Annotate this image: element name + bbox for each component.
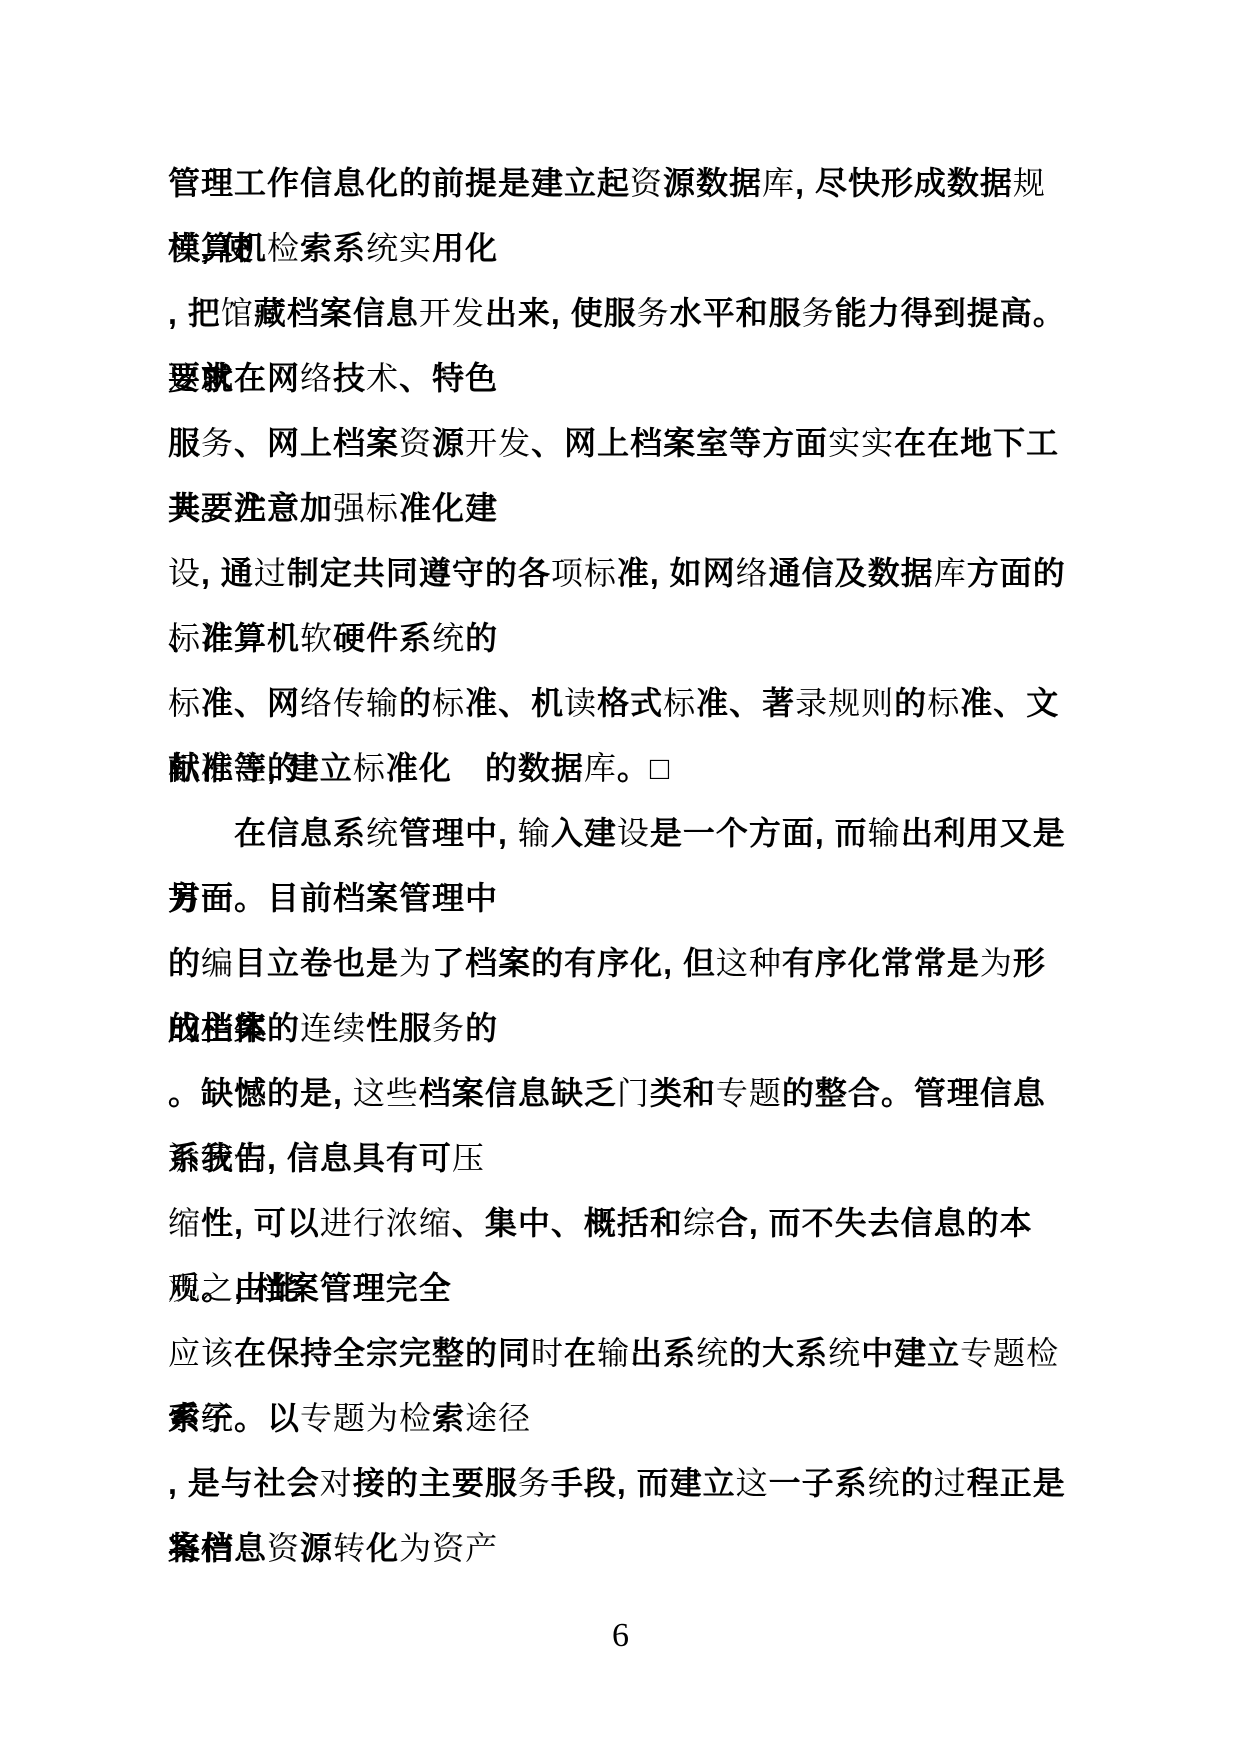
document-page: 管理工作信息化的前提是建立起资源数据库, 尽快形成数据规模, 使计算机检索系统实… <box>0 0 1241 1754</box>
text-segment: 输 <box>597 1335 630 1371</box>
text-segment: 中建立 <box>861 1335 960 1371</box>
text-segment: 的 <box>168 945 201 981</box>
text-segment: 这种 <box>716 945 782 981</box>
text-segment: 观之 <box>168 1270 234 1306</box>
text-segment: 馆 <box>221 295 254 331</box>
text-line: , 把馆藏档案信息开发出来, 使服务水平和服务能力得到提高。这就 <box>168 281 1078 346</box>
text-line: 应该在保持全宗完整的同时在输出系统的大系统中建立专题检索子 <box>168 1321 1078 1386</box>
text-line: 缩性, 可以进行浓缩、集中、概括和综合, 而不失去信息的本质。由此 <box>168 1191 1078 1256</box>
text-segment: , 是与社会 <box>168 1465 320 1501</box>
text-segment: 强标 <box>333 490 399 526</box>
text-segment: 在保持全宗完整的同 <box>234 1335 531 1371</box>
text-segment: 门 <box>617 1075 650 1111</box>
text-segment: , 把 <box>168 295 221 331</box>
text-segment: 进行浓缩 <box>320 1205 452 1241</box>
text-segment: 规 <box>1013 165 1046 201</box>
text-segment: 务 <box>432 1010 465 1046</box>
text-line: 诉我们, 信息具有可压 <box>168 1126 1078 1191</box>
text-segment: 标 <box>353 750 386 786</box>
text-segment: 类和 <box>650 1075 716 1111</box>
text-segment: 转 <box>333 1530 366 1566</box>
text-segment: 时 <box>531 1335 564 1371</box>
text-line: 。缺憾的是, 这些档案信息缺乏门类和专题的整合。管理信息系统告 <box>168 1061 1078 1126</box>
text-segment: 压 <box>452 1140 485 1176</box>
text-line: 案信息资源转化为资产 <box>168 1516 1078 1581</box>
text-segment: 、集中、概括和 <box>452 1205 683 1241</box>
text-segment: 在 <box>564 1335 597 1371</box>
text-segment: 专题 <box>716 1075 782 1111</box>
text-segment: 用化 <box>432 230 498 266</box>
text-segment: 管理中, <box>399 815 518 851</box>
text-segment: 水平和服 <box>670 295 802 331</box>
text-segment: 库 <box>934 555 967 591</box>
text-segment: 资 <box>399 425 432 461</box>
text-segment: 络传输 <box>300 685 399 721</box>
text-segment: 接的主要服 <box>353 1465 518 1501</box>
text-segment: 诉 <box>168 1140 201 1176</box>
text-segment: 检 <box>267 230 300 266</box>
text-segment: 、网上档案室等方面 <box>531 425 828 461</box>
text-segment: , 信息具有可 <box>267 1140 452 1176</box>
text-segment: 术 <box>366 360 399 396</box>
text-segment: 开发 <box>419 295 485 331</box>
text-segment: 录规则 <box>795 685 894 721</box>
text-segment: 统实 <box>366 230 432 266</box>
text-segment: 务 <box>201 425 234 461</box>
text-segment: 算机 <box>201 230 267 266</box>
text-segment: 这 <box>736 1465 769 1501</box>
text-line: 观之, 档案管理完全 <box>168 1256 1078 1321</box>
text-segment: 准、著 <box>696 685 795 721</box>
text-segment: 管理工作信息化的前提是建立起 <box>168 165 630 201</box>
text-segment: 标 <box>927 685 960 721</box>
text-segment: 通信及数据 <box>769 555 934 591</box>
text-segment: 性服 <box>366 1010 432 1046</box>
text-segment: 合, 而不失去信息的本 <box>716 1205 1033 1241</box>
text-segment: 手段, 而建立 <box>551 1465 736 1501</box>
text-segment: 库 <box>584 750 617 786</box>
text-segment: 统 <box>432 620 465 656</box>
text-segment: 藏档案信息 <box>254 295 419 331</box>
text-segment: 开发 <box>465 425 531 461</box>
text-segment: 系 <box>168 1400 201 1436</box>
text-line: 系统。以专题为检索途径 <box>168 1386 1078 1451</box>
text-line: 方面。目前档案管理中 <box>168 866 1078 931</box>
text-segment: 资 <box>267 1530 300 1566</box>
text-segment: 其要注意加 <box>168 490 333 526</box>
text-segment: 准化建 <box>399 490 498 526</box>
text-segment: 应该 <box>168 1335 234 1371</box>
text-segment: 在信息系 <box>234 815 366 851</box>
text-segment: 格式 <box>597 685 663 721</box>
text-segment: 准、机 <box>465 685 564 721</box>
text-segment: 标 <box>663 685 696 721</box>
text-segment: 方面。目前档案管理中 <box>168 880 498 916</box>
text-segment: 能力得到提高。 <box>835 295 1066 331</box>
text-segment: 为 <box>980 945 1013 981</box>
text-segment: 专题检 <box>960 1335 1059 1371</box>
text-segment: 案信息 <box>168 1530 267 1566</box>
text-segment: 统 <box>201 1400 234 1436</box>
text-segment: 输 <box>518 815 551 851</box>
text-segment: 途径 <box>465 1400 531 1436</box>
text-segment: 、 <box>168 620 201 656</box>
text-segment: 的 <box>894 685 927 721</box>
text-segment: 索 <box>432 1400 465 1436</box>
text-segment: 专题为检 <box>300 1400 432 1436</box>
text-line: 其要注意加强标准化建 <box>168 476 1078 541</box>
text-segment: 是一个方面, 而 <box>650 815 868 851</box>
text-segment: 设 <box>168 555 201 591</box>
text-segment: 综 <box>683 1205 716 1241</box>
text-line: 计算机检索系统实用化 <box>168 216 1078 281</box>
text-segment: 索系 <box>300 230 366 266</box>
text-segment: 输 <box>868 815 901 851</box>
text-segment: 过 <box>934 1465 967 1501</box>
text-segment: 项标 <box>551 555 617 591</box>
text-segment: 标 <box>168 750 201 786</box>
text-segment: 标 <box>168 685 201 721</box>
text-segment: 出系 <box>630 1335 696 1371</box>
text-segment: 的 <box>901 1465 934 1501</box>
text-segment: 源数据 <box>663 165 762 201</box>
text-segment: □ <box>650 750 670 786</box>
text-line: 标准、网络传输的标准、机读格式标准、著录规则的标准、文献标注的 <box>168 671 1078 736</box>
page-number: 6 <box>0 1616 1241 1656</box>
text-segment: 为资产 <box>399 1530 498 1566</box>
text-segment: 。缺憾的是, <box>168 1075 353 1111</box>
text-segment: 源 <box>432 425 465 461</box>
text-segment: 对 <box>320 1465 353 1501</box>
text-segment: 络 <box>736 555 769 591</box>
text-segment: 统 <box>868 1465 901 1501</box>
text-segment: 入建 <box>551 815 617 851</box>
text-segment: 过 <box>254 555 287 591</box>
text-segment: 读 <box>564 685 597 721</box>
text-segment: 方面的 <box>967 555 1066 591</box>
text-segment: 们 <box>234 1140 267 1176</box>
text-segment: 这些 <box>353 1075 419 1111</box>
text-line: 的主体的连续性服务的 <box>168 996 1078 1061</box>
text-segment: 的主体的 <box>168 1010 300 1046</box>
text-segment: 了档案的有序化, 但 <box>432 945 716 981</box>
text-line: 要求在网络技术、特色 <box>168 346 1078 411</box>
text-segment: 的 <box>465 620 498 656</box>
text-segment: 、网上档案 <box>234 425 399 461</box>
text-segment: 设 <box>617 815 650 851</box>
text-segment: 库 <box>762 165 795 201</box>
text-segment: 务 <box>518 1465 551 1501</box>
text-segment: 源 <box>300 1530 333 1566</box>
text-segment: 档案信息缺乏 <box>419 1075 617 1111</box>
text-segment: 连续 <box>300 1010 366 1046</box>
text-line: 在信息系统管理中, 输入建设是一个方面, 而输出利用又是另一 <box>168 801 1078 866</box>
text-segment: 统 <box>366 815 399 851</box>
text-segment: , 尽快形成数据 <box>795 165 1013 201</box>
text-segment: 、特色 <box>399 360 498 396</box>
text-segment: 准、网 <box>201 685 300 721</box>
text-segment: 务 <box>637 295 670 331</box>
text-line: , 是与社会对接的主要服务手段, 而建立这一子系统的过程正是将档 <box>168 1451 1078 1516</box>
text-segment: 编 <box>201 945 234 981</box>
text-segment: 准, 如网 <box>617 555 736 591</box>
text-segment: , 档案管理完全 <box>234 1270 452 1306</box>
text-segment: 的大系 <box>729 1335 828 1371</box>
text-segment: 缩 <box>168 1205 201 1241</box>
text-segment: 标 <box>432 685 465 721</box>
text-segment: 服 <box>168 425 201 461</box>
text-segment: 实实 <box>828 425 894 461</box>
text-line: 设, 通过制定共同遵守的各项标准, 如网络通信及数据库方面的标准 <box>168 541 1078 606</box>
text-segment: 性, 可以 <box>201 1205 320 1241</box>
text-segment: 一子系 <box>769 1465 868 1501</box>
text-segment: 的 <box>399 685 432 721</box>
text-line: 服务、网上档案资源开发、网上档案室等方面实实在在地下工夫。尤 <box>168 411 1078 476</box>
text-segment: 计 <box>168 230 201 266</box>
text-segment: 统 <box>696 1335 729 1371</box>
text-segment: 准化 的数据 <box>386 750 584 786</box>
text-segment: 硬件系 <box>333 620 432 656</box>
text-segment: 化 <box>366 1530 399 1566</box>
text-segment: 计 <box>201 620 234 656</box>
text-segment: 算机 <box>234 620 300 656</box>
text-segment: 务 <box>802 295 835 331</box>
text-segment: 络 <box>300 360 333 396</box>
text-segment: 出来, 使服 <box>485 295 637 331</box>
text-segment: 制定共同遵守的各 <box>287 555 551 591</box>
text-segment: 资 <box>630 165 663 201</box>
text-line: 管理工作信息化的前提是建立起资源数据库, 尽快形成数据规模, 使 <box>168 151 1078 216</box>
text-segment: 。 <box>617 750 650 786</box>
text-segment: 的 <box>465 1010 498 1046</box>
text-segment: 统 <box>828 1335 861 1371</box>
document-body: 管理工作信息化的前提是建立起资源数据库, 尽快形成数据规模, 使计算机检索系统实… <box>168 151 1078 1581</box>
text-line: 的编目立卷也是为了档案的有序化, 但这种有序化常常是为形成档案 <box>168 931 1078 996</box>
text-segment: 目立卷也是 <box>234 945 399 981</box>
text-segment: 技 <box>333 360 366 396</box>
text-segment: 为 <box>399 945 432 981</box>
text-segment: 。以 <box>234 1400 300 1436</box>
text-line: 标准等, 建立标准化 的数据库。□ <box>168 736 1078 801</box>
text-line: 、计算机软硬件系统的 <box>168 606 1078 671</box>
text-segment: , 通 <box>201 555 254 591</box>
text-segment: 有序化常常是 <box>782 945 980 981</box>
text-segment: 我 <box>201 1140 234 1176</box>
text-segment: 准等, 建立 <box>201 750 353 786</box>
text-segment: 软 <box>300 620 333 656</box>
text-segment: 要求在网 <box>168 360 300 396</box>
